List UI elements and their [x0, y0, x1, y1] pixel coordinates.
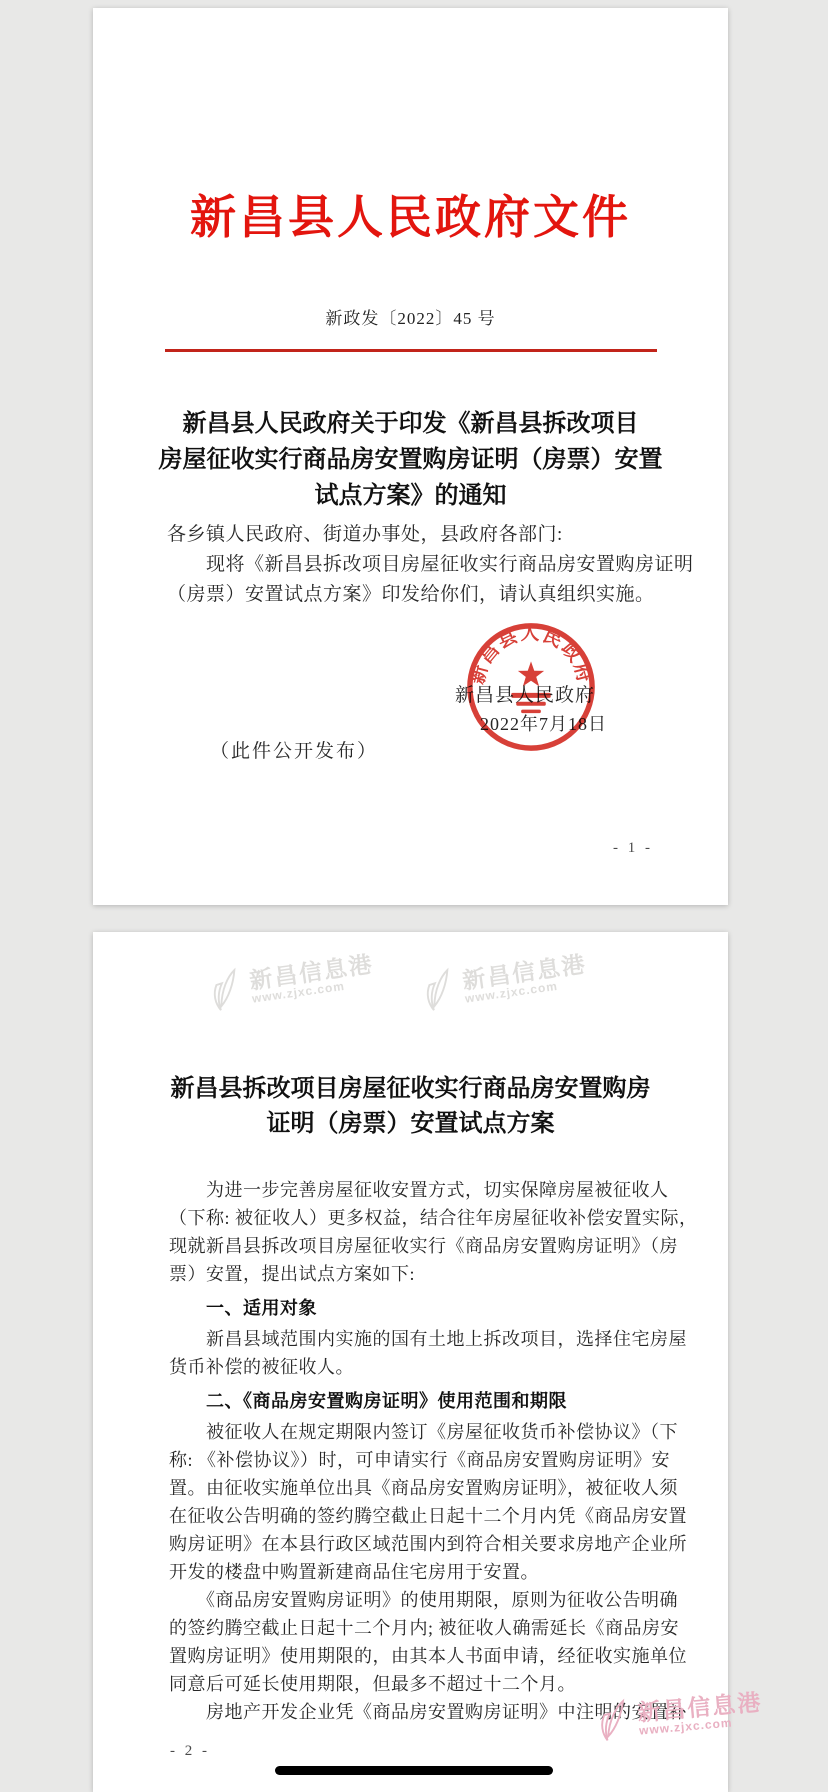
- text-line: 的签约腾空截止日起十二个月内; 被征收人确需延长《商品房安: [169, 1614, 669, 1642]
- section-heading-line: 二、《商品房安置购房证明》使用范围和期限: [169, 1387, 669, 1415]
- text-line: 购房证明》在本县行政区域范围内到符合相关要求房地产企业所: [169, 1530, 669, 1558]
- watermark-logo-icon: [596, 1696, 634, 1745]
- text-line: 《商品房安置购房证明》的使用期限，原则为征收公告明确: [169, 1586, 669, 1614]
- watermark-logo-icon: [421, 965, 461, 1015]
- plan-title: 新昌县拆改项目房屋征收实行商品房安置购房 证明（房票）安置试点方案: [93, 1072, 728, 1142]
- plan-title-line-2: 证明（房票）安置试点方案: [93, 1107, 728, 1142]
- text-line: 同意后可延长使用期限，但最多不超过十二个月。: [169, 1670, 669, 1698]
- section-heading-line: 一、适用对象: [169, 1294, 669, 1322]
- text-line: 称: 《补偿协议》）时，可申请实行《商品房安置购房证明》安: [169, 1446, 669, 1474]
- watermark: 新昌信息港 www.zjxc.com: [421, 947, 591, 1016]
- text-line: 现将《新昌县拆改项目房屋征收实行商品房安置购房证明: [167, 550, 667, 580]
- seal-emblem-icon: [511, 661, 550, 713]
- text-line: 货币补偿的被征收人。: [169, 1353, 669, 1381]
- text-line: 开发的楼盘中购置新建商品住宅房用于安置。: [169, 1558, 669, 1586]
- screen: 新昌县人民政府文件 新政发〔2022〕45 号 新昌县人民政府关于印发《新昌县拆…: [0, 0, 828, 1792]
- notice-title-line-3: 试点方案》的通知: [93, 478, 728, 514]
- text-line: 被征收人在规定期限内签订《房屋征收货币补偿协议》（下: [169, 1418, 669, 1446]
- document-number: 新政发〔2022〕45 号: [93, 304, 728, 329]
- watermark: 新昌信息港 www.zjxc.com: [208, 947, 378, 1016]
- plan-title-line-1: 新昌县拆改项目房屋征收实行商品房安置购房: [93, 1072, 728, 1107]
- notice-title-line-2: 房屋征收实行商品房安置购房证明（房票）安置: [93, 442, 728, 478]
- text-line: 置。由征收实施单位出具《商品房安置购房证明》，被征收人须: [169, 1474, 669, 1502]
- red-letterhead-title: 新昌县人民政府文件: [93, 186, 728, 250]
- red-divider: [165, 349, 657, 352]
- official-seal: 新昌县人民政府: [462, 618, 600, 756]
- watermark-logo-icon: [208, 965, 248, 1015]
- page-number-1: - 1 -: [613, 840, 653, 857]
- document-page-1: 新昌县人民政府文件 新政发〔2022〕45 号 新昌县人民政府关于印发《新昌县拆…: [93, 8, 728, 905]
- document-page-2: 新昌信息港 www.zjxc.com 新昌信息港 www.zjxc.com 新昌…: [93, 932, 728, 1792]
- text-line: 票）安置，提出试点方案如下:: [169, 1260, 669, 1288]
- text-line: 新昌县域范围内实施的国有土地上拆改项目，选择住宅房屋: [169, 1325, 669, 1353]
- text-line: 现就新昌县拆改项目房屋征收实行《商品房安置购房证明》（房: [169, 1232, 669, 1260]
- page-number-2: - 2 -: [170, 1743, 210, 1760]
- public-release-note: （此件公开发布）: [210, 736, 378, 763]
- text-line: 置购房证明》使用期限的，由其本人书面申请，经征收实施单位: [169, 1642, 669, 1670]
- home-indicator-handle[interactable]: [275, 1766, 553, 1775]
- notice-title: 新昌县人民政府关于印发《新昌县拆改项目 房屋征收实行商品房安置购房证明（房票）安…: [93, 406, 728, 514]
- notice-title-line-1: 新昌县人民政府关于印发《新昌县拆改项目: [93, 406, 728, 442]
- plan-body: 为进一步完善房屋征收安置方式，切实保障房屋被征收人（下称: 被征收人）更多权益，…: [169, 1176, 669, 1726]
- text-line: 各乡镇人民政府、街道办事处，县政府各部门:: [167, 520, 667, 550]
- text-line: 为进一步完善房屋征收安置方式，切实保障房屋被征收人: [169, 1176, 669, 1204]
- text-line: 房地产开发企业凭《商品房安置购房证明》中注明的安置补: [169, 1698, 669, 1726]
- text-line: 在征收公告明确的签约腾空截止日起十二个月内凭《商品房安置: [169, 1502, 669, 1530]
- text-line: （下称: 被征收人）更多权益，结合往年房屋征收补偿安置实际，: [169, 1204, 669, 1232]
- text-line: （房票）安置试点方案》印发给你们，请认真组织实施。: [167, 580, 667, 610]
- notice-body: 各乡镇人民政府、街道办事处，县政府各部门: 现将《新昌县拆改项目房屋征收实行商品…: [167, 520, 667, 610]
